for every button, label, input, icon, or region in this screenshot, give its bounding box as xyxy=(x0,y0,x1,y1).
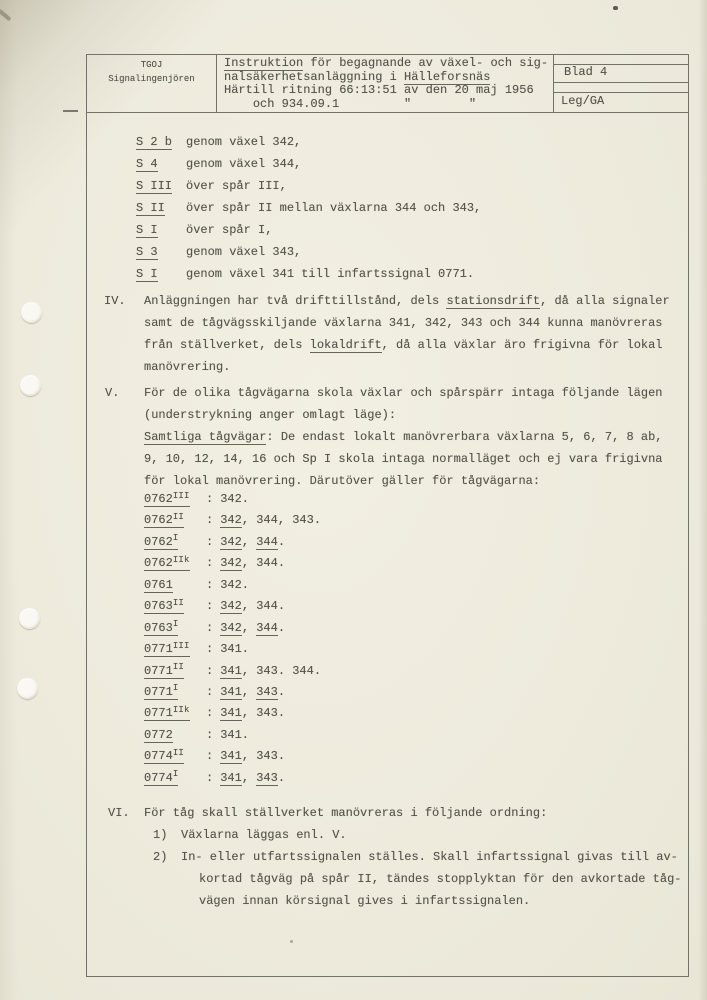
route-row: 0772:341. xyxy=(144,725,564,746)
colon: : xyxy=(206,771,213,785)
route-row: 0761:342. xyxy=(144,575,564,596)
header-bottom-rule xyxy=(87,112,688,113)
switch-value: 342 xyxy=(220,535,242,550)
route-values: 342. xyxy=(220,578,249,592)
title-drawing-ref: Härtill ritning 66:13:51 av den 20 maj 1… xyxy=(224,83,534,111)
route-row: 0771IIk:341, 343. xyxy=(144,703,564,724)
paper-speck xyxy=(613,6,618,10)
route-signal-label: 0771I xyxy=(144,685,178,700)
signal-id: 0771 xyxy=(144,685,173,699)
track-superscript: I xyxy=(173,769,179,779)
route-signal-label: 0762IIk xyxy=(144,556,190,571)
route-row: 0763I:342, 344. xyxy=(144,618,564,639)
switch-value: , xyxy=(242,535,256,549)
switch-value: 341 xyxy=(220,664,242,679)
colon: : xyxy=(206,556,213,570)
route-values: 341. xyxy=(220,642,249,656)
route-values: 342, 344, 343. xyxy=(220,513,321,527)
underlined-term: Samtliga tågvägar xyxy=(144,430,266,445)
route-values: 341, 343. xyxy=(220,749,285,763)
track-superscript: I xyxy=(173,619,179,629)
track-superscript: III xyxy=(173,491,190,501)
header-divider-1 xyxy=(216,55,217,112)
route-signal-label: 0762III xyxy=(144,492,190,507)
section-number-v: V. xyxy=(105,382,119,404)
track-superscript: II xyxy=(173,598,184,608)
signal-id: 0763 xyxy=(144,599,173,613)
underlined-term: lokaldrift xyxy=(310,338,382,353)
route-row: 0771I:341, 343. xyxy=(144,682,564,703)
signal-label: S II xyxy=(136,201,165,216)
punch-hole xyxy=(21,302,42,323)
route-values: 342, 344. xyxy=(220,599,285,613)
switch-value: . xyxy=(278,771,285,785)
colon: : xyxy=(206,621,213,635)
switch-value: 344 xyxy=(256,535,278,550)
signal-aspect-list: S 2 bgenom växel 342, S 4genom växel 344… xyxy=(136,131,481,285)
switch-value: . xyxy=(278,621,285,635)
signature-field: Leg/GA xyxy=(561,94,604,108)
route-values: 341, 343. xyxy=(220,706,285,720)
route-values: 341, 343. xyxy=(220,771,285,785)
track-superscript: IIk xyxy=(173,555,190,565)
route-signal-label: 0771III xyxy=(144,642,190,657)
route-row: 0774I:341, 343. xyxy=(144,768,564,789)
list-item-number: 2) xyxy=(153,846,167,868)
signal-id: 0762 xyxy=(144,492,173,506)
route-signal-label: 0762II xyxy=(144,513,184,528)
signal-label: S 4 xyxy=(136,157,158,172)
paragraph-text: För de olika tågvägarna skola växlar och… xyxy=(144,386,662,422)
switch-value: 342. xyxy=(220,492,249,506)
colon: : xyxy=(206,685,213,699)
punch-hole xyxy=(20,375,41,396)
signal-text: genom växel 341 till infartssignal 0771. xyxy=(186,267,474,281)
route-values: 342. xyxy=(220,492,249,506)
switch-value: . xyxy=(278,685,285,699)
route-values: 341. xyxy=(220,728,249,742)
track-superscript: II xyxy=(173,512,184,522)
colon: : xyxy=(206,706,213,720)
section-number-iv: IV. xyxy=(104,290,126,312)
switch-value: 342 xyxy=(220,599,242,614)
signal-text: över spår III, xyxy=(186,179,287,193)
colon: : xyxy=(206,642,213,656)
switch-value: 341 xyxy=(220,771,242,786)
section-vi-intro: För tåg skall ställverket manövreras i f… xyxy=(144,802,547,824)
track-superscript: I xyxy=(173,683,179,693)
header-right-rule-2 xyxy=(553,82,688,83)
switch-value: 342. xyxy=(220,578,249,592)
list-item: S IIIöver spår III, xyxy=(136,175,481,197)
route-signal-label: 0761 xyxy=(144,578,173,593)
sheet-number: Blad 4 xyxy=(564,65,607,79)
signal-label: S I xyxy=(136,223,158,238)
route-signal-label: 0774II xyxy=(144,749,184,764)
header-right-rule-3 xyxy=(553,92,688,93)
switch-value: 343 xyxy=(256,685,278,700)
signal-id: 0762 xyxy=(144,535,173,549)
switch-value: 341. xyxy=(220,642,249,656)
signal-text: genom växel 344, xyxy=(186,157,301,171)
section-number-vi: VI. xyxy=(108,802,130,824)
signal-label: S 2 b xyxy=(136,135,172,150)
route-values: 342, 344. xyxy=(220,535,285,549)
route-signal-label: 0771II xyxy=(144,664,184,679)
switch-value: 344 xyxy=(256,621,278,636)
colon: : xyxy=(206,599,213,613)
organization-role: Signalingenjören xyxy=(87,73,216,87)
registration-dash xyxy=(63,110,78,112)
list-item-text: In- eller utfartssignalen ställes. Skall… xyxy=(181,846,678,868)
list-item: S 4genom växel 344, xyxy=(136,153,481,175)
switch-value: 341 xyxy=(220,749,242,764)
track-superscript: II xyxy=(173,662,184,672)
route-row: 0762I:342, 344. xyxy=(144,532,564,553)
organization-cell: TGOJ Signalingenjören xyxy=(87,59,216,86)
colon: : xyxy=(206,535,213,549)
switch-value: , 343. xyxy=(242,706,285,720)
list-item: S IIöver spår II mellan växlarna 344 och… xyxy=(136,197,481,219)
switch-value: . xyxy=(278,535,285,549)
document-frame: TGOJ Signalingenjören Instruktion för be… xyxy=(86,54,689,977)
switch-value: 341 xyxy=(220,685,242,700)
colon: : xyxy=(206,492,213,506)
section-iv-paragraph: Anläggningen har två drifttillstånd, del… xyxy=(144,290,689,378)
signal-text: genom växel 342, xyxy=(186,135,301,149)
track-superscript: II xyxy=(173,748,184,758)
organization-name: TGOJ xyxy=(87,59,216,73)
route-row: 0762III:342. xyxy=(144,489,564,510)
switch-value: 342 xyxy=(220,556,242,571)
switch-value: , 344, 343. xyxy=(242,513,321,527)
route-signal-label: 0772 xyxy=(144,728,173,743)
signal-id: 0771 xyxy=(144,664,173,678)
switch-value: 343 xyxy=(256,771,278,786)
scanned-document-page: TGOJ Signalingenjören Instruktion för be… xyxy=(0,0,707,1000)
signal-id: 0761 xyxy=(144,578,173,592)
colon: : xyxy=(206,664,213,678)
colon: : xyxy=(206,578,213,592)
track-superscript: I xyxy=(173,533,179,543)
list-item-continuation: kortad tågväg på spår II, tändes stopply… xyxy=(199,868,707,912)
signal-text: genom växel 343, xyxy=(186,245,301,259)
signal-id: 0771 xyxy=(144,642,173,656)
route-values: 342, 344. xyxy=(220,556,285,570)
switch-value: , xyxy=(242,771,256,785)
switch-value: 341. xyxy=(220,728,249,742)
route-signal-label: 0762I xyxy=(144,535,178,550)
switch-value: 341 xyxy=(220,706,242,721)
signal-id: 0762 xyxy=(144,556,173,570)
signal-id: 0772 xyxy=(144,728,173,742)
signal-id: 0771 xyxy=(144,706,173,720)
signal-label: S I xyxy=(136,267,158,282)
paragraph-text: Anläggningen har två drifttillstånd, del… xyxy=(144,294,446,308)
switch-value: 342 xyxy=(220,513,242,528)
signal-id: 0774 xyxy=(144,749,173,763)
section-v-paragraph: För de olika tågvägarna skola växlar och… xyxy=(144,382,689,492)
list-item: S Iöver spår I, xyxy=(136,219,481,241)
switch-value: 342 xyxy=(220,621,242,636)
list-item-text: Växlarna läggas enl. V. xyxy=(181,824,347,846)
signal-text: över spår II mellan växlarna 344 och 343… xyxy=(186,201,481,215)
list-item-number: 1) xyxy=(153,824,167,846)
route-signal-label: 0763II xyxy=(144,599,184,614)
signal-text: över spår I, xyxy=(186,223,272,237)
route-signal-label: 0774I xyxy=(144,771,178,786)
route-table: 0762III:342. 0762II:342, 344, 343. 0762I… xyxy=(144,489,564,789)
colon: : xyxy=(206,749,213,763)
route-values: 341, 343. xyxy=(220,685,285,699)
punch-hole xyxy=(19,608,40,629)
signal-id: 0762 xyxy=(144,513,173,527)
route-values: 341, 343. 344. xyxy=(220,664,321,678)
signal-label: S 3 xyxy=(136,245,158,260)
route-signal-label: 0771IIk xyxy=(144,706,190,721)
list-item: S 3genom växel 343, xyxy=(136,241,481,263)
signal-label: S III xyxy=(136,179,172,194)
switch-value: , 344. xyxy=(242,599,285,613)
track-superscript: III xyxy=(173,641,190,651)
signal-id: 0774 xyxy=(144,771,173,785)
colon: : xyxy=(206,728,213,742)
punch-hole xyxy=(17,678,38,699)
route-row: 0762II:342, 344, 343. xyxy=(144,510,564,531)
route-row: 0771II:341, 343. 344. xyxy=(144,661,564,682)
route-row: 0763II:342, 344. xyxy=(144,596,564,617)
switch-value: , 344. xyxy=(242,556,285,570)
list-item: S Igenom växel 341 till infartssignal 07… xyxy=(136,263,481,285)
colon: : xyxy=(206,513,213,527)
underlined-term: stationsdrift xyxy=(446,294,540,309)
switch-value: , xyxy=(242,621,256,635)
route-values: 342, 344. xyxy=(220,621,285,635)
route-row: 0771III:341. xyxy=(144,639,564,660)
switch-value: , xyxy=(242,685,256,699)
route-signal-label: 0763I xyxy=(144,621,178,636)
route-row: 0774II:341, 343. xyxy=(144,746,564,767)
list-item: S 2 bgenom växel 342, xyxy=(136,131,481,153)
signal-id: 0763 xyxy=(144,621,173,635)
route-row: 0762IIk:342, 344. xyxy=(144,553,564,574)
document-title: Instruktion för begagnande av växel- och… xyxy=(224,57,556,111)
switch-value: , 343. 344. xyxy=(242,664,321,678)
track-superscript: IIk xyxy=(173,705,190,715)
switch-value: , 343. xyxy=(242,749,285,763)
paper-corner-mark xyxy=(0,9,12,22)
